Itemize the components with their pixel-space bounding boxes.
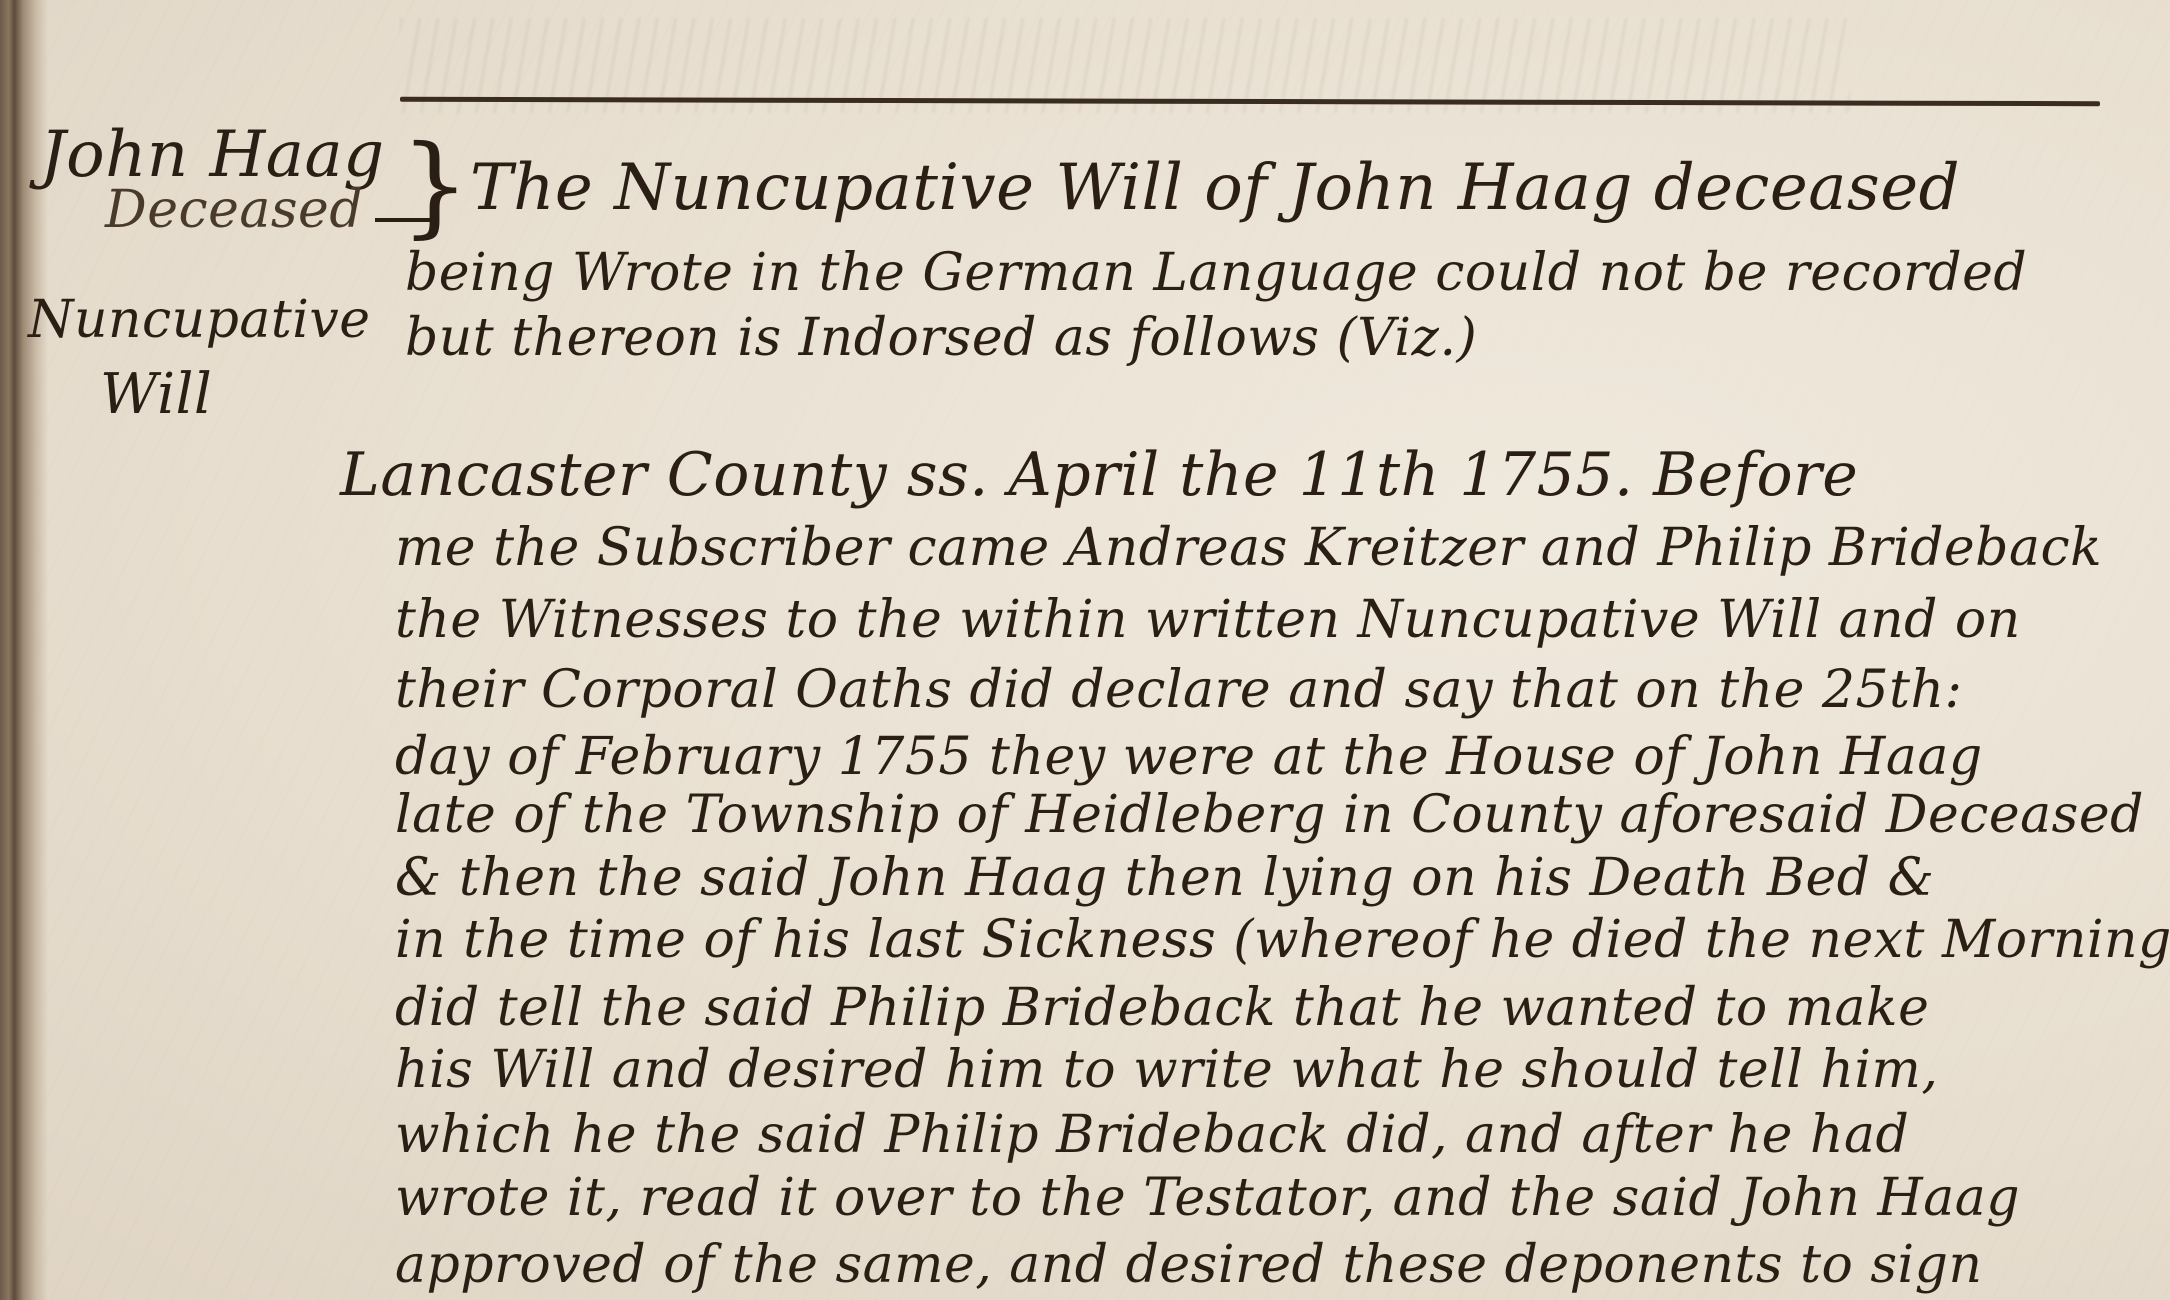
body-line-3: the Witnesses to the within written Nunc… [395, 590, 2021, 650]
margin-note-status: Deceased [105, 180, 363, 240]
body-line-2: me the Subscriber came Andreas Kreitzer … [395, 518, 2102, 578]
heading-title: The Nuncupative Will of John Haag deceas… [470, 158, 1960, 218]
body-line-9: did tell the said Philip Brideback that … [395, 978, 1929, 1038]
margin-note-record-type: Nuncupative [28, 290, 371, 350]
body-line-10: his Will and desired him to write what h… [395, 1040, 1938, 1100]
body-line-5: day of February 1755 they were at the Ho… [395, 727, 1983, 787]
document-page: John Haag Deceased } Nuncupative Will Th… [0, 0, 2170, 1300]
body-line-6: late of the Township of Heidleberg in Co… [395, 785, 2144, 845]
body-line-12: wrote it, read it over to the Testator, … [395, 1168, 2020, 1228]
body-line-7: & then the said John Haag then lying on … [395, 848, 1934, 908]
body-line-11: which he the said Philip Brideback did, … [395, 1105, 1909, 1165]
brace-glyph: } [400, 130, 470, 240]
margin-note-record-type-will: Will [100, 362, 212, 427]
body-line-13: approved of the same, and desired these … [395, 1235, 1982, 1295]
body-line-8: in the time of his last Sickness (whereo… [395, 910, 2170, 970]
binding-edge [0, 0, 48, 1300]
body-line-1: Lancaster County ss. April the 11th 1755… [340, 445, 1858, 505]
body-line-4: their Corporal Oaths did declare and say… [395, 660, 1963, 720]
heading-line-2: being Wrote in the German Language could… [405, 243, 2027, 303]
heading-line-3: but thereon is Indorsed as follows (Viz.… [405, 308, 1477, 368]
